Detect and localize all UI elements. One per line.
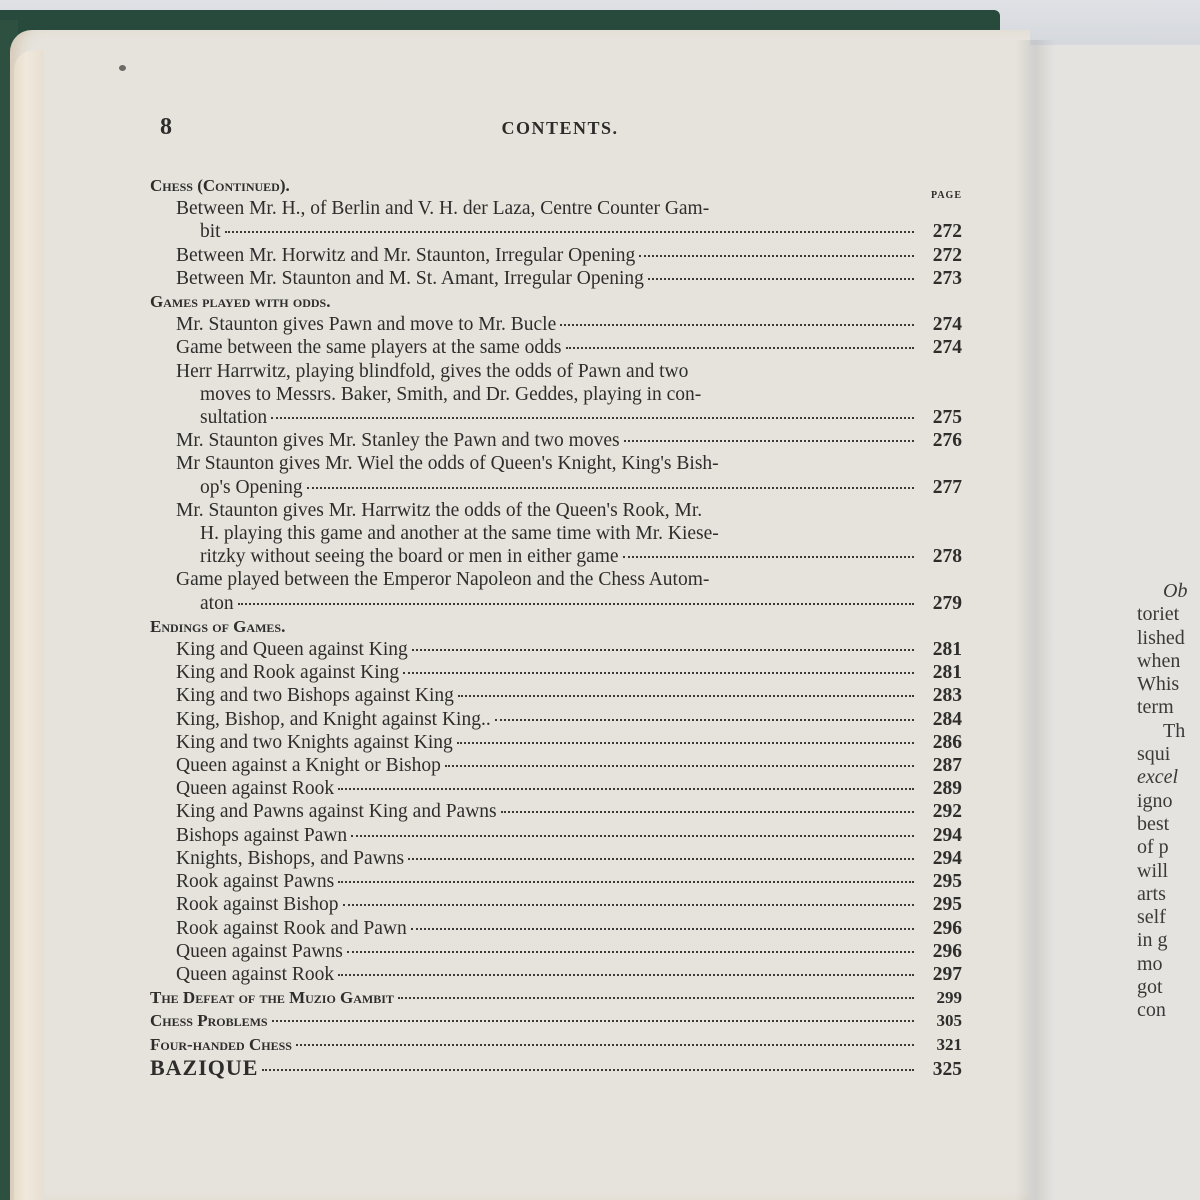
toc-section: BAZIQUE325 <box>150 1056 962 1081</box>
toc-entry: King and Queen against King281 <box>150 638 962 661</box>
toc-entry-title: aton <box>200 592 234 615</box>
page-column-label: PAGE <box>931 184 962 207</box>
dot-leader <box>296 1044 914 1046</box>
toc-entry-title: Between Mr. H., of Berlin and V. H. der … <box>176 197 709 220</box>
toc-page-number: 279 <box>918 592 962 615</box>
dot-leader <box>338 881 914 883</box>
toc-page-number: 283 <box>918 684 962 707</box>
toc-entry-title: Herr Harrwitz, playing blindfold, gives … <box>176 360 688 383</box>
toc-page-number: 272 <box>918 220 962 243</box>
toc-entry: Game played between the Emperor Napoleon… <box>150 568 962 591</box>
toc-entry-title: moves to Messrs. Baker, Smith, and Dr. G… <box>200 383 701 406</box>
toc-entry-title: Rook against Bishop <box>176 893 339 916</box>
toc-entry-title: King and Queen against King <box>176 638 408 661</box>
toc-entry-title: Games played with odds. <box>150 290 330 313</box>
dot-leader <box>338 974 914 976</box>
toc-page-number: 299 <box>918 986 962 1009</box>
toc-page-number: 286 <box>918 731 962 754</box>
right-page-line: excel <box>1137 766 1187 789</box>
right-page-line: of p <box>1137 836 1187 859</box>
toc-entry-title: Between Mr. Horwitz and Mr. Staunton, Ir… <box>176 244 635 267</box>
toc-page-number: 292 <box>918 800 962 823</box>
toc-page-number: 275 <box>918 406 962 429</box>
toc-entry: Rook against Rook and Pawn296 <box>150 917 962 940</box>
toc-entry: Mr Staunton gives Mr. Wiel the odds of Q… <box>150 452 962 475</box>
right-page-line: got <box>1137 976 1187 999</box>
toc-page-number: 321 <box>918 1033 962 1056</box>
right-page-line: in g <box>1137 929 1187 952</box>
toc-page-number: 274 <box>918 336 962 359</box>
toc-entry-title: Queen against a Knight or Bishop <box>176 754 441 777</box>
toc-entry-title: Queen against Pawns <box>176 940 343 963</box>
right-page-line: self <box>1137 906 1187 929</box>
toc-entry-title: King and two Knights against King <box>176 731 453 754</box>
toc-page-number: 295 <box>918 870 962 893</box>
right-page-line: igno <box>1137 790 1187 813</box>
toc-entry: sultation275 <box>150 406 962 429</box>
toc-entry: King and two Knights against King286 <box>150 731 962 754</box>
toc-entry-title: Rook against Rook and Pawn <box>176 917 407 940</box>
right-page-line: toriet <box>1137 603 1187 626</box>
toc-page-number: 281 <box>918 661 962 684</box>
page-header: 8 CONTENTS. <box>150 110 970 144</box>
toc-entry: Herr Harrwitz, playing blindfold, gives … <box>150 360 962 383</box>
right-page-line: will <box>1137 860 1187 883</box>
dot-leader <box>403 672 914 674</box>
toc-section: Endings of Games. <box>150 615 962 638</box>
toc-entry: moves to Messrs. Baker, Smith, and Dr. G… <box>150 383 962 406</box>
toc-entry-title: King and two Bishops against King <box>176 684 454 707</box>
dot-leader <box>271 417 914 419</box>
toc-page-number: 272 <box>918 244 962 267</box>
dot-leader <box>624 440 914 442</box>
toc-page-number: 325 <box>918 1058 962 1081</box>
toc-entry-title: Mr. Staunton gives Mr. Stanley the Pawn … <box>176 429 620 452</box>
dot-leader <box>648 278 914 280</box>
toc-page-number: 287 <box>918 754 962 777</box>
toc-entry-title: Game played between the Emperor Napoleon… <box>176 568 709 591</box>
toc-entry: Queen against Pawns296 <box>150 940 962 963</box>
toc-page-number: 294 <box>918 847 962 870</box>
toc-page-number: 294 <box>918 824 962 847</box>
dot-leader <box>457 742 914 744</box>
dot-leader <box>398 997 914 999</box>
toc-entry-title: Rook against Pawns <box>176 870 334 893</box>
right-page-line: term <box>1137 696 1187 719</box>
right-page-line: lished <box>1137 627 1187 650</box>
toc-page-number: 295 <box>918 893 962 916</box>
dot-leader <box>262 1069 914 1071</box>
dot-leader <box>238 603 914 605</box>
toc-entry: King and two Bishops against King283 <box>150 684 962 707</box>
toc-page-number: 289 <box>918 777 962 800</box>
dot-leader <box>307 487 914 489</box>
toc-entry-title: Mr Staunton gives Mr. Wiel the odds of Q… <box>176 452 719 475</box>
toc-section: Games played with odds. <box>150 290 962 313</box>
table-of-contents: PAGE Chess (Continued).Between Mr. H., o… <box>150 174 962 1081</box>
toc-entry-title: Mr. Staunton gives Mr. Harrwitz the odds… <box>176 499 702 522</box>
right-page-line: con <box>1137 999 1187 1022</box>
dot-leader <box>412 649 914 651</box>
toc-entry: Mr. Staunton gives Pawn and move to Mr. … <box>150 313 962 336</box>
toc-entry: bit272 <box>150 220 962 243</box>
toc-entry: Queen against a Knight or Bishop287 <box>150 754 962 777</box>
toc-entry-title: Mr. Staunton gives Pawn and move to Mr. … <box>176 313 556 336</box>
toc-entry: King and Rook against King281 <box>150 661 962 684</box>
toc-entry: Between Mr. Staunton and M. St. Amant, I… <box>150 267 962 290</box>
dot-leader <box>623 556 914 558</box>
dot-leader <box>351 835 914 837</box>
toc-entry: Knights, Bishops, and Pawns294 <box>150 847 962 870</box>
toc-page-number: 277 <box>918 476 962 499</box>
toc-section: Four-handed Chess321 <box>150 1033 962 1056</box>
right-page-line: best <box>1137 813 1187 836</box>
toc-page-number: 276 <box>918 429 962 452</box>
toc-entry-title: Chess Problems <box>150 1009 268 1032</box>
toc-entry-title: King and Pawns against King and Pawns <box>176 800 497 823</box>
running-title: CONTENTS. <box>150 118 970 139</box>
toc-page-number: 305 <box>918 1009 962 1032</box>
toc-section: Chess Problems305 <box>150 1009 962 1032</box>
dot-leader <box>225 231 914 233</box>
toc-entry: Game between the same players at the sam… <box>150 336 962 359</box>
toc-entry-title: Four-handed Chess <box>150 1033 292 1056</box>
toc-page-number: 274 <box>918 313 962 336</box>
toc-page-number: 278 <box>918 545 962 568</box>
dot-leader <box>566 347 914 349</box>
toc-page-number: 296 <box>918 917 962 940</box>
right-page-line: mo <box>1137 953 1187 976</box>
book-gutter <box>1015 40 1055 1200</box>
toc-entry-title: Bishops against Pawn <box>176 824 347 847</box>
toc-entry-title: sultation <box>200 406 267 429</box>
right-page-line: Whis <box>1137 673 1187 696</box>
toc-entry: Between Mr. Horwitz and Mr. Staunton, Ir… <box>150 244 962 267</box>
toc-entry: Mr. Staunton gives Mr. Stanley the Pawn … <box>150 429 962 452</box>
toc-entry-title: op's Opening <box>200 476 303 499</box>
dot-leader <box>347 951 914 953</box>
right-page-line: when <box>1137 650 1187 673</box>
toc-entry: Queen against Rook289 <box>150 777 962 800</box>
toc-entry-title: BAZIQUE <box>150 1056 258 1079</box>
toc-page-number: 296 <box>918 940 962 963</box>
dot-leader <box>272 1020 914 1022</box>
dot-leader <box>445 765 914 767</box>
toc-section: The Defeat of the Muzio Gambit299 <box>150 986 962 1009</box>
dot-leader <box>343 904 914 906</box>
toc-entry: aton279 <box>150 592 962 615</box>
toc-page-number: 297 <box>918 963 962 986</box>
toc-entry: Mr. Staunton gives Mr. Harrwitz the odds… <box>150 499 962 522</box>
toc-entry: Between Mr. H., of Berlin and V. H. der … <box>150 197 962 220</box>
toc-entry-title: Knights, Bishops, and Pawns <box>176 847 404 870</box>
toc-entry: Rook against Bishop295 <box>150 893 962 916</box>
toc-section: Chess (Continued). <box>150 174 962 197</box>
dot-leader <box>458 695 914 697</box>
toc-page-number: 281 <box>918 638 962 661</box>
right-page-line: Ob <box>1137 580 1187 603</box>
dot-leader <box>560 324 914 326</box>
toc-entry: Rook against Pawns295 <box>150 870 962 893</box>
toc-entry-title: Chess (Continued). <box>150 174 290 197</box>
dot-leader <box>495 719 914 721</box>
toc-entry: ritzky without seeing the board or men i… <box>150 545 962 568</box>
toc-entry-title: ritzky without seeing the board or men i… <box>200 545 619 568</box>
toc-entry-title: Queen against Rook <box>176 777 334 800</box>
toc-page-number: 273 <box>918 267 962 290</box>
toc-entry: King, Bishop, and Knight against King..2… <box>150 708 962 731</box>
toc-entry: H. playing this game and another at the … <box>150 522 962 545</box>
toc-page-number: 284 <box>918 708 962 731</box>
right-page-line: Th <box>1137 720 1187 743</box>
toc-entry-title: King, Bishop, and Knight against King.. <box>176 708 491 731</box>
toc-entry-title: H. playing this game and another at the … <box>200 522 719 545</box>
toc-entry: Queen against Rook297 <box>150 963 962 986</box>
right-page-line: squi <box>1137 743 1187 766</box>
dot-leader <box>408 858 914 860</box>
toc-entry: King and Pawns against King and Pawns292 <box>150 800 962 823</box>
page-edges <box>14 50 44 1200</box>
toc-entry-title: Endings of Games. <box>150 615 285 638</box>
toc-entry-title: The Defeat of the Muzio Gambit <box>150 986 394 1009</box>
dot-leader <box>338 788 914 790</box>
toc-entry-title: King and Rook against King <box>176 661 399 684</box>
right-page-line: arts <box>1137 883 1187 906</box>
dot-leader <box>639 255 914 257</box>
toc-entry-title: Between Mr. Staunton and M. St. Amant, I… <box>176 267 644 290</box>
toc-entry: op's Opening277 <box>150 476 962 499</box>
dot-leader <box>501 811 914 813</box>
dot-leader <box>411 928 914 930</box>
toc-entry-title: bit <box>200 220 221 243</box>
toc-entry-title: Game between the same players at the sam… <box>176 336 562 359</box>
toc-entry: Bishops against Pawn294 <box>150 824 962 847</box>
toc-entry-title: Queen against Rook <box>176 963 334 986</box>
right-page-text: ObtorietlishedwhenWhistermThsquiexcelign… <box>1137 580 1187 1023</box>
ink-speck <box>119 65 126 71</box>
